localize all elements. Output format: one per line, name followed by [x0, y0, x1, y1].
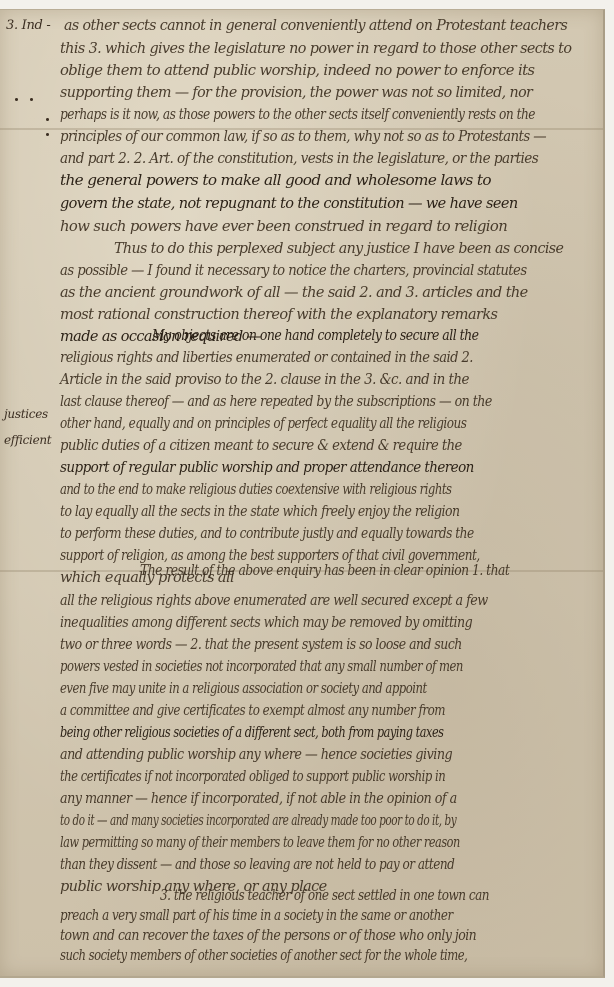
text-line: being other religious societies of a dif… — [60, 725, 444, 741]
text-line: as the ancient groundwork of all — the s… — [60, 285, 528, 301]
text-line: and part 2. 2. Art. of the constitution,… — [60, 151, 538, 167]
text-line: preach a very small part of his time in … — [60, 908, 453, 924]
text-line: Article in the said proviso to the 2. cl… — [60, 372, 469, 388]
document-viewer: 3. Ind - justices efficient as other sec… — [0, 0, 614, 987]
ink-mark — [46, 133, 49, 136]
text-line: My objects are on one hand completely to… — [152, 328, 479, 344]
text-line: law permitting so many of their members … — [60, 835, 460, 851]
text-line: the general powers to make all good and … — [60, 173, 491, 189]
ink-mark — [15, 98, 18, 101]
text-line: perhaps is it now, as those powers to th… — [60, 107, 535, 123]
text-line: a committee and give certificates to exe… — [60, 703, 445, 719]
text-line: than they dissent — and those so leaving… — [60, 857, 454, 873]
text-line: support of regular public worship and pr… — [60, 460, 474, 476]
text-line: and attending public worship any where —… — [60, 747, 452, 763]
text-line: support of religion, as among the best s… — [60, 548, 480, 564]
ink-mark — [46, 118, 49, 121]
text-line: even five may unite in a religious assoc… — [60, 681, 427, 697]
text-line: any manner — hence if incorporated, if n… — [60, 791, 457, 807]
text-line: govern the state, not repugnant to the c… — [60, 196, 518, 212]
ink-mark — [30, 98, 33, 101]
text-line: to perform these duties, and to contribu… — [60, 526, 474, 542]
text-line: supporting them — for the provision, the… — [60, 85, 532, 101]
text-line: Thus to do this perplexed subject any ju… — [114, 241, 563, 257]
text-line: The result of the above enquiry has been… — [140, 563, 509, 579]
text-line: religious rights and liberties enumerate… — [60, 350, 473, 366]
text-line: oblige them to attend public worship, in… — [60, 63, 534, 79]
text-line: and to the end to make religious duties … — [60, 482, 452, 498]
text-line: principles of our common law, if so as t… — [60, 129, 546, 145]
text-line: 3. the religious teacher of one sect set… — [160, 888, 489, 904]
text-line: most rational construction thereof with … — [60, 307, 497, 323]
text-line: other hand, equally and on principles of… — [60, 416, 466, 432]
text-line: public duties of a citizen meant to secu… — [60, 438, 462, 454]
text-line: as possible — I found it necessary to no… — [60, 263, 527, 279]
margin-note: efficient — [4, 433, 51, 447]
text-line: the certificates if not incorporated obl… — [60, 769, 445, 785]
margin-note: justices — [4, 407, 48, 421]
text-line: how such powers have ever been construed… — [60, 219, 507, 235]
text-line: to do it — and many societies incorporat… — [60, 813, 456, 829]
text-line: two or three words — 2. that the present… — [60, 637, 462, 653]
text-line: this 3. which gives the legislature no p… — [60, 41, 571, 57]
text-line: all the religious rights above enumerate… — [60, 593, 488, 609]
text-line: to lay equally all the sects in the stat… — [60, 504, 460, 520]
text-line: last clause thereof — and as here repeat… — [60, 394, 492, 410]
text-line: town and can recover the taxes of the pe… — [60, 928, 476, 944]
text-line: inequalities among different sects which… — [60, 615, 472, 631]
text-line: such society members of other societies … — [60, 948, 467, 964]
margin-note-heading: 3. Ind - — [6, 18, 51, 33]
text-line: as other sects cannot in general conveni… — [64, 18, 567, 34]
text-line: powers vested in societies not incorpora… — [60, 659, 463, 675]
manuscript-page: 3. Ind - justices efficient as other sec… — [0, 9, 605, 978]
